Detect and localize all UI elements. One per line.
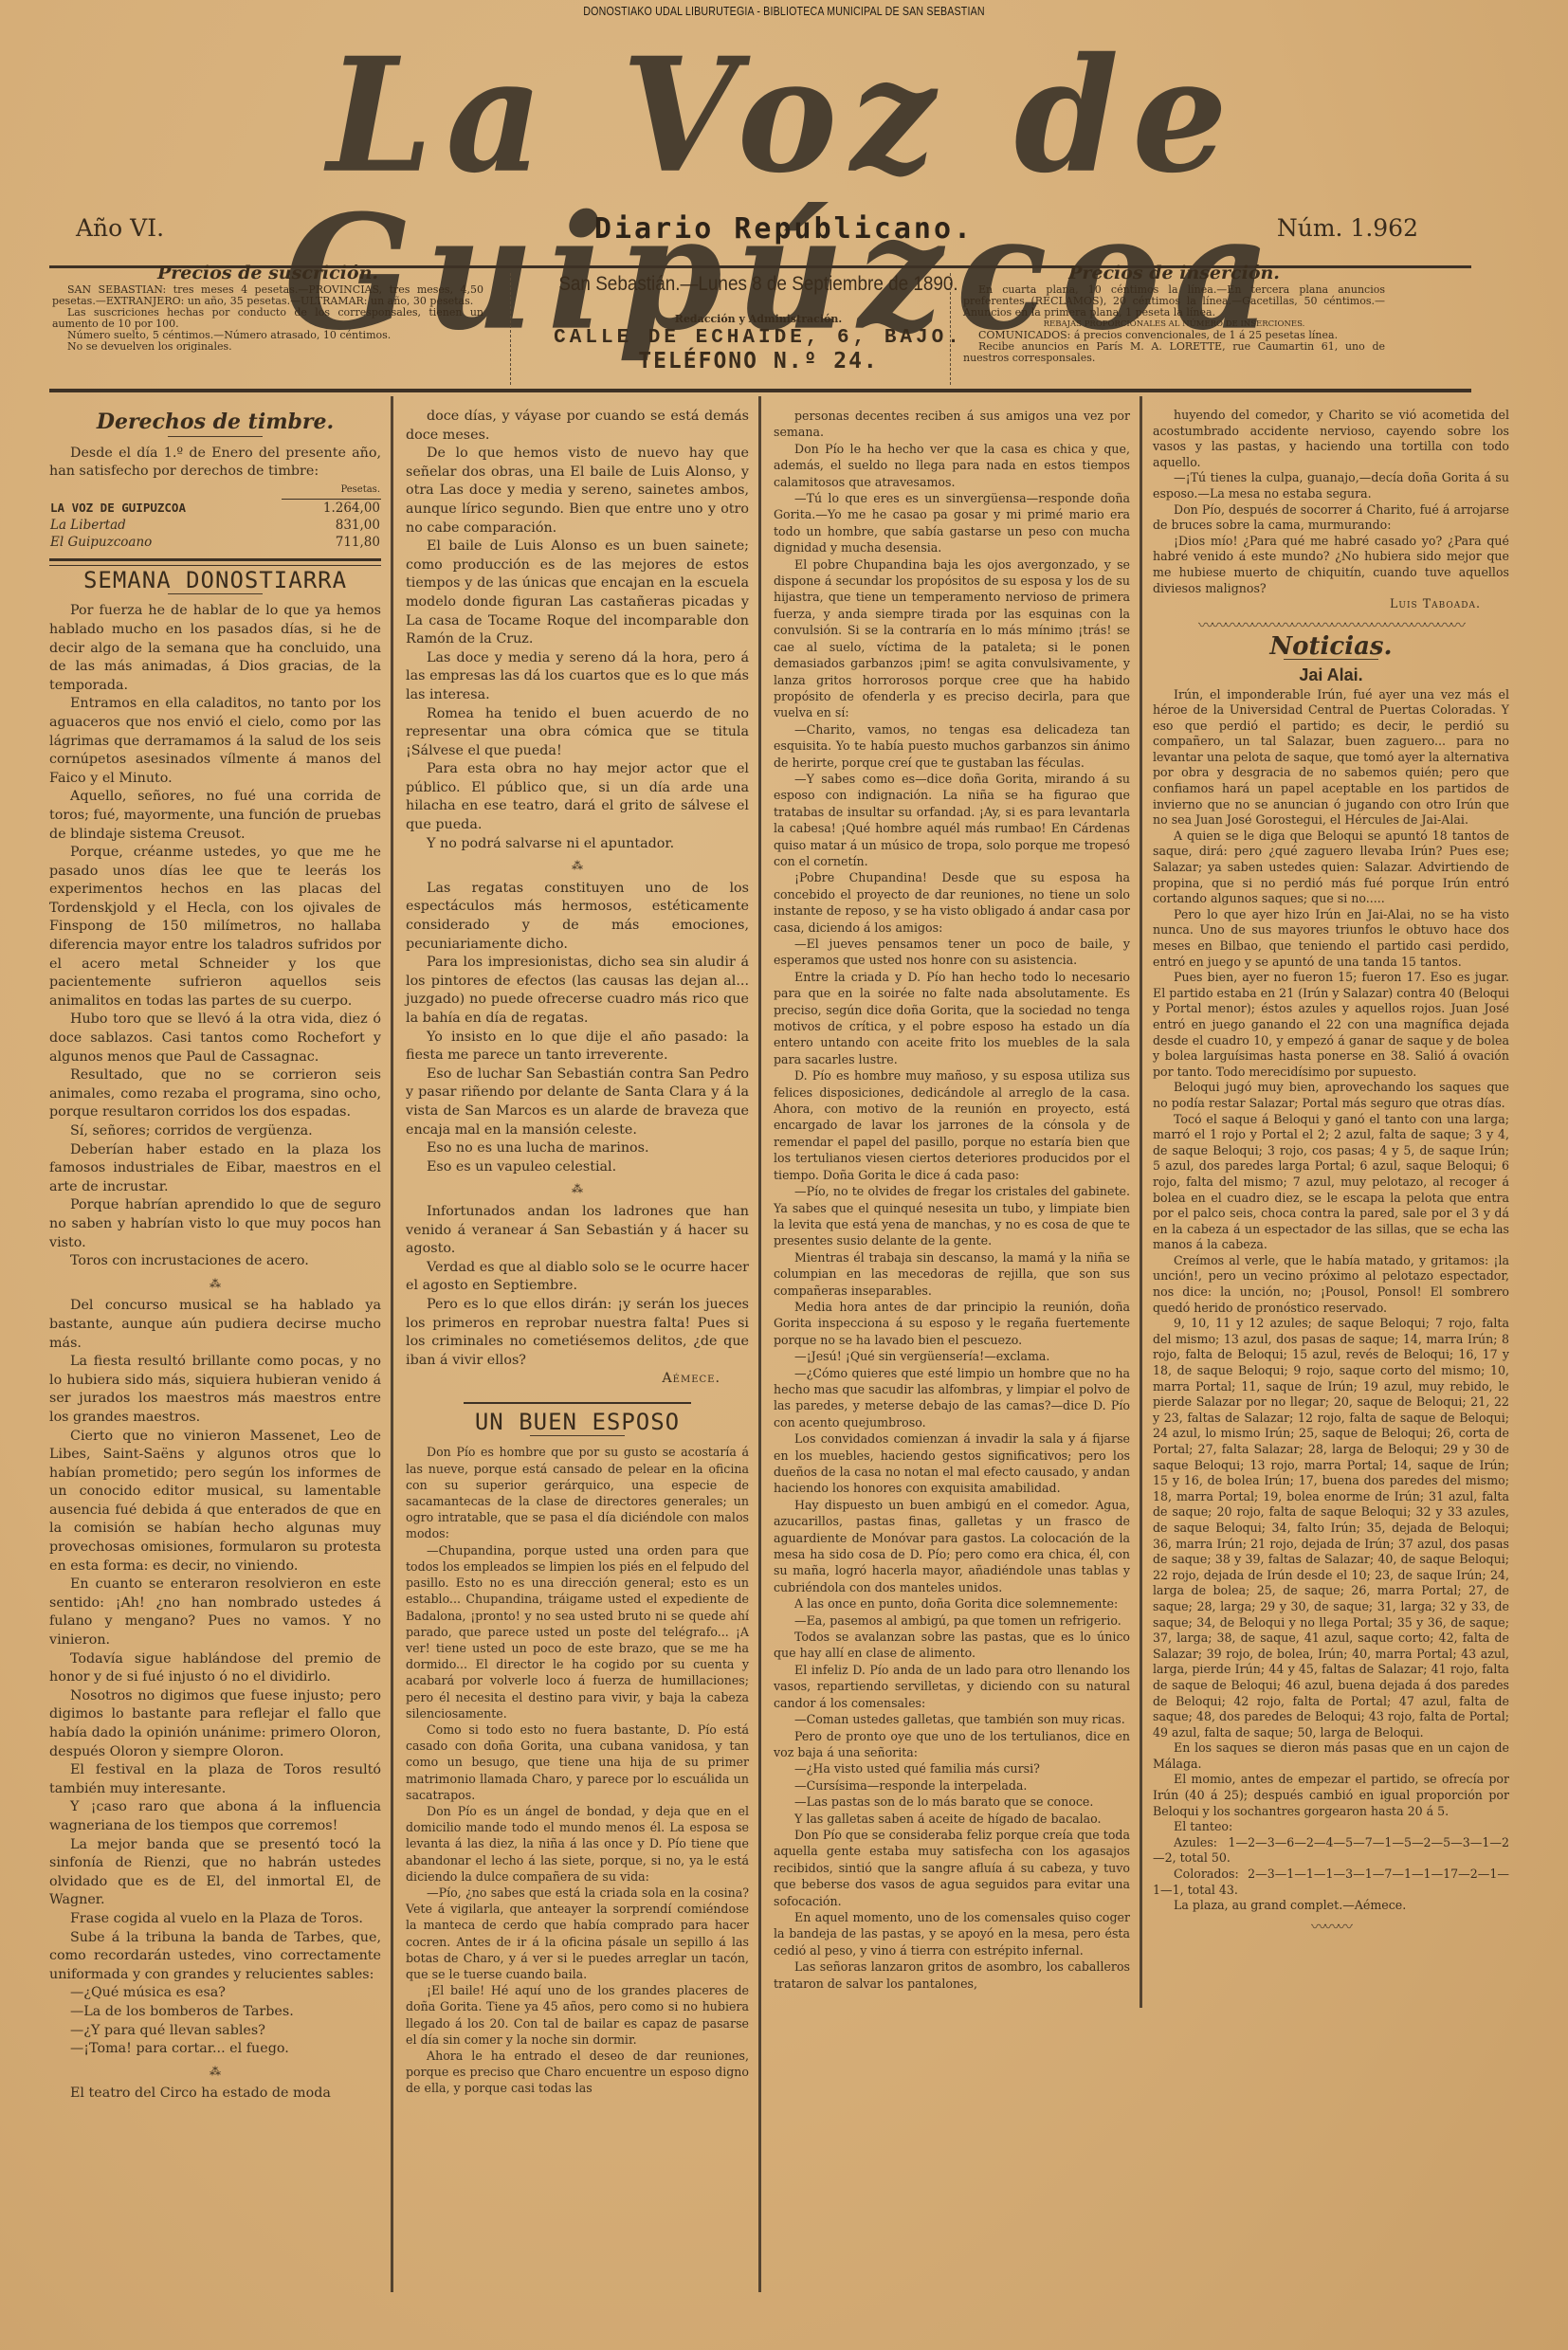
paragraph: Los convidados comienzan á invadir la sa… xyxy=(774,1430,1130,1497)
wavy-rule: 〰〰〰 xyxy=(1153,1920,1509,1936)
column-rule xyxy=(391,396,393,2292)
buen-esposo-text-col3: personas decentes reciben á sus amigos u… xyxy=(774,408,1130,1992)
timbre-unit: Pesetas. xyxy=(282,482,381,500)
subscription-title: Precios de suscrición. xyxy=(52,267,483,279)
divider xyxy=(168,593,263,594)
paragraph: Ahora le ha entrado el deseo de dar reun… xyxy=(406,2048,749,2097)
column-rule xyxy=(1140,396,1142,2008)
paragraph: Media hora antes de dar principio la reu… xyxy=(774,1299,1130,1348)
archive-stamp: DONOSTIAKO UDAL LIBURUTEGIA - BIBLIOTECA… xyxy=(141,4,1427,18)
table-row: LA VOZ DE GUIPUZCOA1.264,00 xyxy=(49,499,381,517)
semana-text-col1: Por fuerza he de hablar de lo que ya hem… xyxy=(49,602,381,2104)
paragraph: Y las galletas saben á aceite de hígado … xyxy=(774,1811,1130,1827)
section-stars: ⁂ xyxy=(49,1275,381,1294)
semana-signature: Aémece. xyxy=(406,1370,720,1389)
paragraph: Hubo toro que se llevó á la otra vida, d… xyxy=(49,1011,381,1066)
paragraph: Don Pío es hombre que por su gusto se ac… xyxy=(406,1444,749,1541)
paragraph: Todavía sigue hablándose del premio de h… xyxy=(49,1650,381,1687)
paragraph: Las señoras lanzaron gritos de asombro, … xyxy=(774,1958,1130,1992)
semana-title: SEMANA DONOSTIARRA xyxy=(49,572,381,591)
paragraph: Verdad es que al diablo solo se le ocurr… xyxy=(406,1259,749,1296)
jai-alai-subtitle: Jai Alai. xyxy=(1153,667,1509,683)
section-stars: ⁂ xyxy=(406,857,749,876)
column-3: personas decentes reciben á sus amigos u… xyxy=(774,408,1130,1992)
paragraph: D. Pío es hombre muy mañoso, y su esposa… xyxy=(774,1067,1130,1183)
paragraph: Don Pío le ha hecho ver que la casa es c… xyxy=(774,441,1130,490)
score-azules: Azules: 1—2—3—6—2—4—5—7—1—5—2—5—3—1—2—2,… xyxy=(1153,1835,1509,1867)
paragraph: Y no podrá salvarse ni el apuntador. xyxy=(406,835,749,854)
paragraph: Como si todo esto no fuera bastante, D. … xyxy=(406,1722,749,1803)
buen-esposo-signature: Luis Taboada. xyxy=(1153,596,1481,612)
paragraph: En los saques se dieron más pasas que en… xyxy=(1153,1740,1509,1772)
paragraph: El festival en la plaza de Toros resultó… xyxy=(49,1761,381,1798)
paragraph: Las doce y media y sereno dá la hora, pe… xyxy=(406,649,749,705)
timbre-intro: Desde el día 1.º de Enero del presente a… xyxy=(49,445,381,482)
paragraph: —Ea, pasemos al ambigú, pa que tomen un … xyxy=(774,1612,1130,1629)
paragraph: ¡El baile! Hé aquí uno de los grandes pl… xyxy=(406,1982,749,2048)
wavy-rule: 〰〰〰〰〰〰〰〰〰〰〰〰〰〰〰〰〰〰〰〰 xyxy=(1153,618,1509,634)
paragraph: El infeliz D. Pío anda de un lado para o… xyxy=(774,1662,1130,1711)
paragraph: El pobre Chupandina baja les ojos avergo… xyxy=(774,556,1130,721)
divider xyxy=(530,1435,625,1436)
paragraph: La fiesta resultó brillante como pocas, … xyxy=(49,1353,381,1427)
paragraph: Entre la criada y D. Pío han hecho todo … xyxy=(774,969,1130,1067)
section-stars: ⁂ xyxy=(406,1180,749,1199)
paragraph: Frase cogida al vuelo en la Plaza de Tor… xyxy=(49,1910,381,1929)
paragraph: Eso de luchar San Sebastián contra San P… xyxy=(406,1066,749,1139)
score-colorados: Colorados: 2—3—1—1—1—3—1—7—1—1—17—2—1—1—… xyxy=(1153,1867,1509,1898)
header-bottom-rule xyxy=(49,389,1471,392)
paragraph: Eso no es una lucha de marinos. xyxy=(406,1139,749,1158)
paragraph: Mientras él trabaja sin descanso, la mam… xyxy=(774,1249,1130,1299)
paragraph: Eso es un vapuleo celestial. xyxy=(406,1158,749,1177)
paragraph: —El jueves pensamos tener un poco de bai… xyxy=(774,936,1130,969)
paragraph: Pero lo que ayer hizo Irún en Jai-Alai, … xyxy=(1153,907,1509,970)
paragraph: Yo insisto en lo que dije el año pasado:… xyxy=(406,1029,749,1066)
paragraph: —¡Tú tienes la culpa, guanajo,—decía doñ… xyxy=(1153,470,1509,501)
insertion-text: Recibe anuncios en París M. A. LORETTE, … xyxy=(963,341,1385,364)
insertion-text: En cuarta plana, 10 céntimos la línea.—E… xyxy=(963,284,1385,319)
paragraph: Todos se avalanzan sobre las pastas, que… xyxy=(774,1629,1130,1662)
paragraph: Sí, señores; corridos de vergüenza. xyxy=(49,1122,381,1141)
paragraph: Creímos al verle, que le había matado, y… xyxy=(1153,1253,1509,1316)
paragraph: Para esta obra no hay mejor actor que el… xyxy=(406,760,749,834)
paragraph: Cierto que no vinieron Massenet, Leo de … xyxy=(49,1428,381,1576)
paragraph: —Cursísima—responde la interpelada. xyxy=(774,1777,1130,1794)
paragraph: Para los impresionistas, dicho sea sin a… xyxy=(406,954,749,1028)
paragraph: Hay dispuesto un buen ambigú en el comed… xyxy=(774,1497,1130,1595)
paragraph: El momio, antes de empezar el partido, s… xyxy=(1153,1772,1509,1819)
paragraph: Beloqui jugó muy bien, aprovechando los … xyxy=(1153,1080,1509,1111)
paragraph: El teatro del Circo ha estado de moda xyxy=(49,2085,381,2104)
paragraph: Tocó el saque á Beloqui y ganó el tanto … xyxy=(1153,1112,1509,1253)
paragraph: —Coman ustedes galletas, que también son… xyxy=(774,1711,1130,1727)
paragraph: Pero es lo que ellos dirán: ¡y serán los… xyxy=(406,1296,749,1370)
paragraph: A quien se le diga que Beloqui se apuntó… xyxy=(1153,829,1509,907)
paragraph: El tanteo: xyxy=(1153,1819,1509,1835)
paragraph: —¿Cómo quieres que esté limpio un hombre… xyxy=(774,1365,1130,1431)
timbre-title: Derechos de timbre. xyxy=(49,413,381,432)
issue-number: Núm. 1.962 xyxy=(1277,214,1418,242)
paragraph: Y ¡caso raro que abona á la influencia w… xyxy=(49,1798,381,1835)
paragraph: El baile de Luis Alonso es un buen saine… xyxy=(406,537,749,649)
paragraph: Entramos en ella caladitos, no tanto por… xyxy=(49,695,381,788)
paragraph: personas decentes reciben á sus amigos u… xyxy=(774,408,1130,441)
column-rule xyxy=(758,396,761,2292)
noticias-closing: La plaza, au grand complet.—Aémece. xyxy=(1153,1898,1509,1914)
telephone: TELÉFONO N.º 24. xyxy=(512,349,1005,373)
divider xyxy=(168,436,263,437)
paragraph: —Chupandina, porque usted una orden para… xyxy=(406,1542,749,1722)
paragraph: Nosotros no digimos que fuese injusto; p… xyxy=(49,1687,381,1761)
paragraph: —¿Qué música es esa? xyxy=(49,1984,381,2003)
subscription-text: No se devuelven los originales. xyxy=(52,341,483,353)
paragraph: Don Pío, después de socorrer á Charito, … xyxy=(1153,502,1509,534)
table-row: El Guipuzcoano711,80 xyxy=(49,534,381,551)
column-1: Derechos de timbre. Desde el día 1.º de … xyxy=(49,408,381,2104)
table-row: La Libertad831,00 xyxy=(49,517,381,534)
paragraph: Romea ha tenido el buen acuerdo de no re… xyxy=(406,705,749,761)
paragraph: Por fuerza he de hablar de lo que ya hem… xyxy=(49,602,381,695)
paragraph: Toros con incrustaciones de acero. xyxy=(49,1252,381,1271)
paragraph: —Y sabes como es—dice doña Gorita, miran… xyxy=(774,771,1130,869)
paragraph: A las once en punto, doña Gorita dice so… xyxy=(774,1595,1130,1612)
paragraph: —Charito, vamos, no tengas esa delicadez… xyxy=(774,721,1130,771)
paragraph: —Tú lo que eres es un sinvergüensa—respo… xyxy=(774,490,1130,556)
noticias-title: Noticias. xyxy=(1153,639,1509,655)
paragraph: ¡Dios mío! ¿Para qué me habré casado yo?… xyxy=(1153,534,1509,596)
paragraph: Pero de pronto oye que uno de los tertul… xyxy=(774,1728,1130,1761)
paragraph: De lo que hemos visto de nuevo hay que s… xyxy=(406,445,749,537)
subscription-prices: Precios de suscrición. SAN SEBASTIAN: tr… xyxy=(52,267,483,391)
paragraph: Infortunados andan los ladrones que han … xyxy=(406,1203,749,1259)
paragraph: En cuanto se enteraron resolvieron en es… xyxy=(49,1576,381,1649)
paragraph: Aquello, señores, no fué una corrida de … xyxy=(49,788,381,844)
header-divider xyxy=(950,273,952,385)
paragraph: Irún, el imponderable Irún, fué ayer una… xyxy=(1153,687,1509,829)
paragraph: —¿Y para qué llevan sables? xyxy=(49,2022,381,2041)
paragraph: —Pío, no te olvides de fregar los crista… xyxy=(774,1183,1130,1249)
paragraph: Las regatas constituyen uno de los espec… xyxy=(406,880,749,954)
paragraph: —¿Ha visto usted qué familia más cursi? xyxy=(774,1760,1130,1776)
paragraph: Pues bien, ayer no fueron 15; fueron 17.… xyxy=(1153,970,1509,1080)
buen-esposo-text-col4: huyendo del comedor, y Charito se vió ac… xyxy=(1153,408,1509,596)
paragraph: doce días, y váyase por cuando se está d… xyxy=(406,408,749,445)
paragraph: Sube á la tribuna la banda de Tarbes, qu… xyxy=(49,1929,381,1985)
paragraph: Don Pío es un ángel de bondad, y deja qu… xyxy=(406,1803,749,1885)
paragraph: Del concurso musical se ha hablado ya ba… xyxy=(49,1297,381,1353)
section-stars: ⁂ xyxy=(49,2063,381,2082)
paragraph: ¡Pobre Chupandina! Desde que su esposa h… xyxy=(774,869,1130,936)
paragraph: —La de los bomberos de Tarbes. xyxy=(49,2003,381,2022)
paragraph: Porque, créanme ustedes, yo que me he pa… xyxy=(49,844,381,1011)
buen-esposo-title: UN BUEN ESPOSO xyxy=(406,1413,749,1432)
paragraph: 9, 10, 11 y 12 azules; de saque Beloqui;… xyxy=(1153,1316,1509,1740)
semana-text-col2: doce días, y váyase por cuando se está d… xyxy=(406,408,749,1370)
masthead-subline: Año VI. Diario Republicano. Núm. 1.962 xyxy=(0,214,1568,252)
column-2: doce días, y váyase por cuando se está d… xyxy=(406,408,749,2097)
section-rule xyxy=(49,558,381,566)
redaccion-label: Redacción y Administración. xyxy=(512,313,1005,325)
insertion-title: Precios de inserción. xyxy=(963,267,1385,279)
paragraph: Deberían haber estado en la plaza los fa… xyxy=(49,1141,381,1197)
paragraph: Resultado, que no se corrieron seis anim… xyxy=(49,1066,381,1122)
paragraph: —Las pastas son de lo más barato que se … xyxy=(774,1794,1130,1810)
issue-date: San Sebastián.—Lunes 8 de Septiembre de … xyxy=(537,273,980,296)
noticias-text: Irún, el imponderable Irún, fué ayer una… xyxy=(1153,687,1509,1835)
office-address: CALLE DE ECHAIDE, 6, BAJO. xyxy=(512,327,1005,349)
paragraph: La mejor banda que se presentó tocó la s… xyxy=(49,1836,381,1910)
timbre-table: Pesetas. LA VOZ DE GUIPUZCOA1.264,00 La … xyxy=(49,482,381,551)
paragraph: —¡Toma! para cortar... el fuego. xyxy=(49,2040,381,2059)
paragraph: huyendo del comedor, y Charito se vió ac… xyxy=(1153,408,1509,470)
insertion-prices: Precios de inserción. En cuarta plana, 1… xyxy=(963,267,1385,391)
paragraph: —¡Jesú! ¡Qué sin vergüensería!—exclama. xyxy=(774,1348,1130,1364)
header-center: San Sebastián.—Lunes 8 de Septiembre de … xyxy=(512,273,1005,373)
subscription-text: SAN SEBASTIAN: tres meses 4 pesetas.—PRO… xyxy=(52,284,483,307)
subscription-text: Las suscriciones hechas por conducto de … xyxy=(52,307,483,330)
paragraph: Don Pío que se consideraba feliz porque … xyxy=(774,1827,1130,1909)
paragraph: Porque habrían aprendido lo que de segur… xyxy=(49,1196,381,1252)
paragraph: En aquel momento, uno de los comensales … xyxy=(774,1909,1130,1958)
paragraph: —Pío, ¿no sabes que está la criada sola … xyxy=(406,1885,749,1982)
buen-esposo-text-col2: Don Pío es hombre que por su gusto se ac… xyxy=(406,1444,749,2096)
column-4: huyendo del comedor, y Charito se vió ac… xyxy=(1153,408,1509,1940)
ornament-rule xyxy=(464,1402,691,1404)
